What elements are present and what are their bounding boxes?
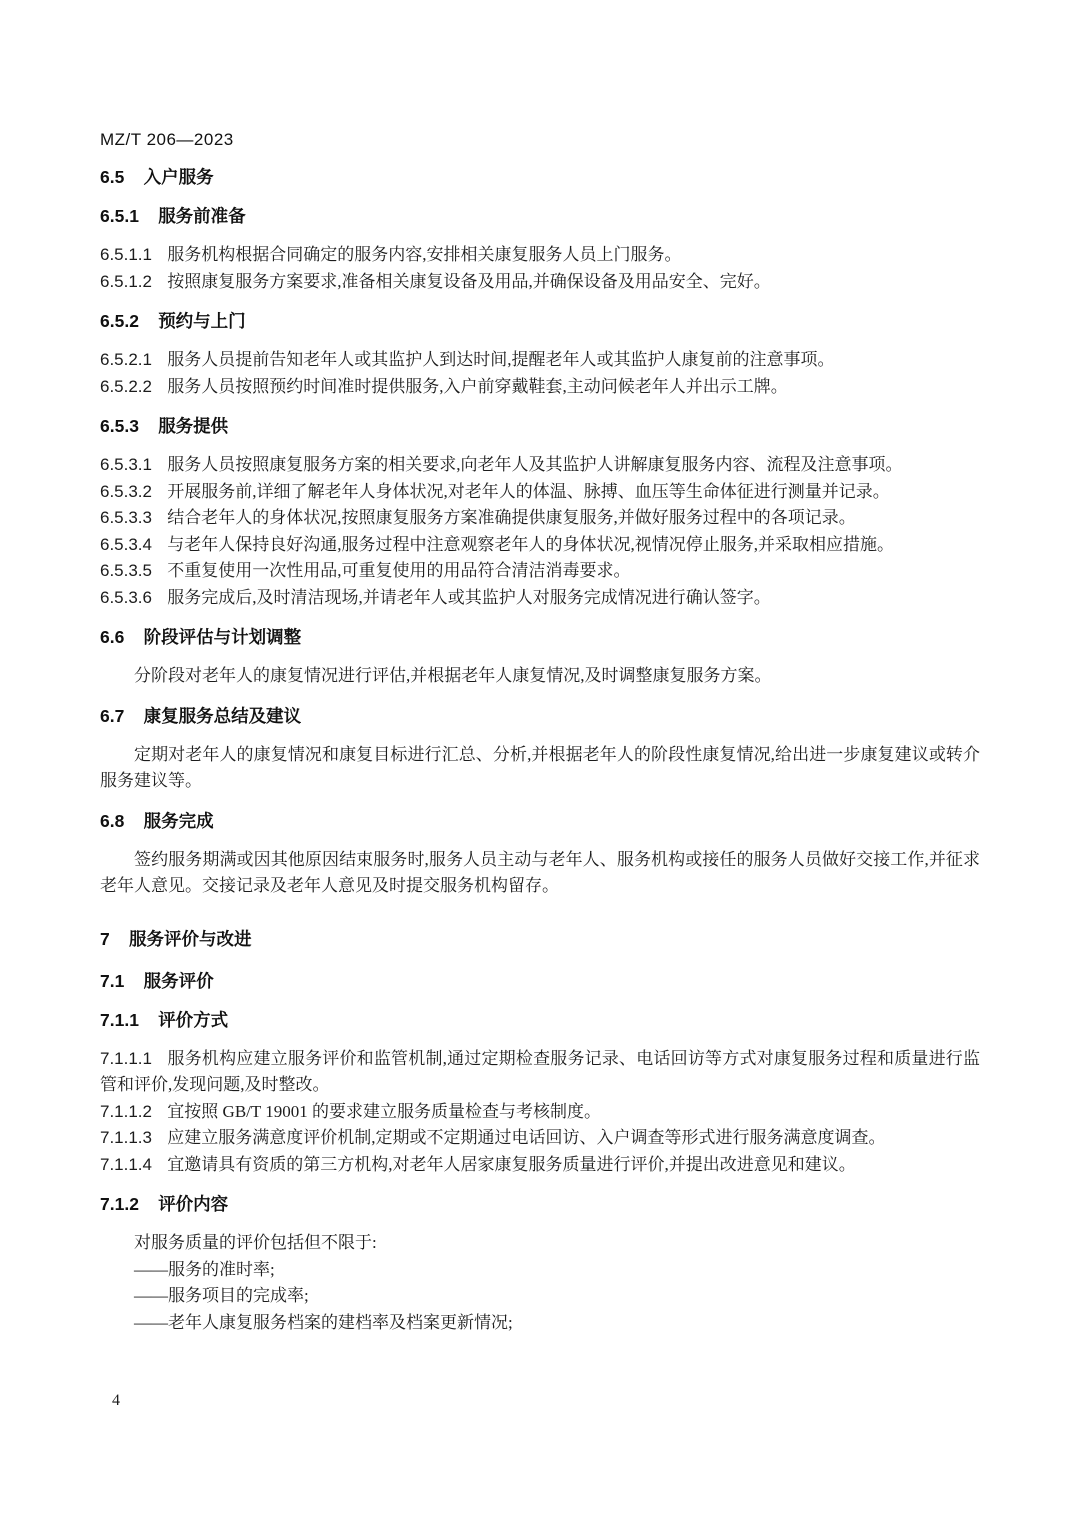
- clause-number: 6.5.2.1: [100, 350, 152, 369]
- clause-paragraph: 6.5.3.6服务完成后,及时清洁现场,并请老年人或其监护人对服务完成情况进行确…: [100, 585, 980, 612]
- section-heading: 6.5.3服务提供: [100, 413, 980, 439]
- section-title: 服务前准备: [158, 206, 246, 226]
- clause-text: 宜按照 GB/T 19001 的要求建立服务质量检查与考核制度。: [167, 1102, 601, 1121]
- section-number: 6.5.3: [100, 416, 139, 436]
- section-heading: 6.7康复服务总结及建议: [100, 703, 980, 729]
- body-paragraph: 签约服务期满或因其他原因结束服务时,服务人员主动与老年人、服务机构或接任的服务人…: [100, 847, 980, 900]
- clause-paragraph: 6.5.3.2开展服务前,详细了解老年人身体状况,对老年人的体温、脉搏、血压等生…: [100, 479, 980, 506]
- dash-list-item: ——老年人康复服务档案的建档率及档案更新情况;: [100, 1310, 980, 1337]
- section-number: 6.5: [100, 167, 124, 187]
- clause-text: 服务机构应建立服务评价和监管机制,通过定期检查服务记录、电话回访等方式对康复服务…: [100, 1049, 980, 1095]
- clause-number: 6.5.1.2: [100, 272, 152, 291]
- clause-paragraph: 6.5.1.2按照康复服务方案要求,准备相关康复设备及用品,并确保设备及用品安全…: [100, 269, 980, 296]
- document-content: 6.5入户服务6.5.1服务前准备6.5.1.1服务机构根据合同确定的服务内容,…: [100, 164, 980, 1336]
- section-heading: 6.5.1服务前准备: [100, 203, 980, 229]
- body-paragraph: 分阶段对老年人的康复情况进行评估,并根据老年人康复情况,及时调整康复服务方案。: [100, 663, 980, 690]
- section-heading: 6.6阶段评估与计划调整: [100, 624, 980, 650]
- section-title: 服务完成: [144, 811, 214, 831]
- section-title: 康复服务总结及建议: [144, 706, 302, 726]
- section-title: 评价方式: [158, 1010, 228, 1030]
- dash-list-item: ——服务项目的完成率;: [100, 1283, 980, 1310]
- clause-text: 结合老年人的身体状况,按照康复服务方案准确提供康复服务,并做好服务过程中的各项记…: [167, 508, 856, 527]
- clause-number: 6.5.3.1: [100, 455, 152, 474]
- clause-text: 按照康复服务方案要求,准备相关康复设备及用品,并确保设备及用品安全、完好。: [167, 272, 771, 291]
- section-number: 6.7: [100, 706, 124, 726]
- section-heading: 7.1服务评价: [100, 968, 980, 994]
- section-number: 6.8: [100, 811, 124, 831]
- clause-paragraph: 6.5.3.1服务人员按照康复服务方案的相关要求,向老年人及其监护人讲解康复服务…: [100, 452, 980, 479]
- section-number: 7.1.1: [100, 1010, 139, 1030]
- section-heading: 6.5入户服务: [100, 164, 980, 190]
- clause-number: 6.5.3.5: [100, 561, 152, 580]
- clause-paragraph: 6.5.3.3结合老年人的身体状况,按照康复服务方案准确提供康复服务,并做好服务…: [100, 505, 980, 532]
- clause-text: 与老年人保持良好沟通,服务过程中注意观察老年人的身体状况,视情况停止服务,并采取…: [167, 535, 894, 554]
- clause-text: 服务人员按照康复服务方案的相关要求,向老年人及其监护人讲解康复服务内容、流程及注…: [167, 455, 902, 474]
- document-page: MZ/T 206—2023 6.5入户服务6.5.1服务前准备6.5.1.1服务…: [0, 0, 1080, 1527]
- clause-paragraph: 7.1.1.4宜邀请具有资质的第三方机构,对老年人居家康复服务质量进行评价,并提…: [100, 1152, 980, 1179]
- section-number: 6.5.2: [100, 311, 139, 331]
- section-title: 服务评价与改进: [129, 929, 252, 949]
- clause-paragraph: 6.5.2.2服务人员按照预约时间准时提供服务,入户前穿戴鞋套,主动问候老年人并…: [100, 374, 980, 401]
- section-number: 6.6: [100, 627, 124, 647]
- dash-list-item: ——服务的准时率;: [100, 1257, 980, 1284]
- clause-text: 服务机构根据合同确定的服务内容,安排相关康复服务人员上门服务。: [167, 245, 681, 264]
- section-heading: 7.1.1评价方式: [100, 1007, 980, 1033]
- clause-text: 不重复使用一次性用品,可重复使用的用品符合清洁消毒要求。: [167, 561, 630, 580]
- body-paragraph: 定期对老年人的康复情况和康复目标进行汇总、分析,并根据老年人的阶段性康复情况,给…: [100, 742, 980, 795]
- clause-paragraph: 6.5.3.5不重复使用一次性用品,可重复使用的用品符合清洁消毒要求。: [100, 558, 980, 585]
- clause-number: 6.5.1.1: [100, 245, 152, 264]
- clause-number: 6.5.2.2: [100, 377, 152, 396]
- clause-number: 6.5.3.2: [100, 482, 152, 501]
- body-paragraph: 对服务质量的评价包括但不限于:: [100, 1230, 980, 1257]
- clause-number: 7.1.1.2: [100, 1102, 152, 1121]
- clause-number: 6.5.3.6: [100, 588, 152, 607]
- clause-paragraph: 6.5.2.1服务人员提前告知老年人或其监护人到达时间,提醒老年人或其监护人康复…: [100, 347, 980, 374]
- clause-paragraph: 7.1.1.1服务机构应建立服务评价和监管机制,通过定期检查服务记录、电话回访等…: [100, 1046, 980, 1099]
- clause-paragraph: 6.5.3.4与老年人保持良好沟通,服务过程中注意观察老年人的身体状况,视情况停…: [100, 532, 980, 559]
- section-title: 入户服务: [144, 167, 214, 187]
- section-number: 7.1.2: [100, 1194, 139, 1214]
- section-heading: 6.8服务完成: [100, 808, 980, 834]
- clause-text: 服务人员提前告知老年人或其监护人到达时间,提醒老年人或其监护人康复前的注意事项。: [167, 350, 834, 369]
- section-heading: 7服务评价与改进: [100, 926, 980, 952]
- section-heading: 6.5.2预约与上门: [100, 308, 980, 334]
- clause-paragraph: 7.1.1.3应建立服务满意度评价机制,定期或不定期通过电话回访、入户调查等形式…: [100, 1125, 980, 1152]
- page-number: 4: [112, 1392, 120, 1410]
- section-number: 7: [100, 929, 110, 949]
- section-title: 服务评价: [144, 971, 214, 991]
- section-title: 评价内容: [158, 1194, 228, 1214]
- clause-number: 7.1.1.1: [100, 1049, 152, 1068]
- clause-number: 6.5.3.3: [100, 508, 152, 527]
- section-title: 服务提供: [158, 416, 228, 436]
- clause-paragraph: 6.5.1.1服务机构根据合同确定的服务内容,安排相关康复服务人员上门服务。: [100, 242, 980, 269]
- clause-text: 宜邀请具有资质的第三方机构,对老年人居家康复服务质量进行评价,并提出改进意见和建…: [167, 1155, 856, 1174]
- section-title: 预约与上门: [158, 311, 246, 331]
- standard-number-header: MZ/T 206—2023: [100, 130, 980, 150]
- clause-text: 开展服务前,详细了解老年人身体状况,对老年人的体温、脉搏、血压等生命体征进行测量…: [167, 482, 890, 501]
- section-title: 阶段评估与计划调整: [144, 627, 302, 647]
- section-heading: 7.1.2评价内容: [100, 1191, 980, 1217]
- clause-number: 7.1.1.3: [100, 1128, 152, 1147]
- section-number: 6.5.1: [100, 206, 139, 226]
- section-number: 7.1: [100, 971, 124, 991]
- clause-text: 服务完成后,及时清洁现场,并请老年人或其监护人对服务完成情况进行确认签字。: [167, 588, 771, 607]
- clause-paragraph: 7.1.1.2宜按照 GB/T 19001 的要求建立服务质量检查与考核制度。: [100, 1099, 980, 1126]
- clause-number: 7.1.1.4: [100, 1155, 152, 1174]
- clause-text: 应建立服务满意度评价机制,定期或不定期通过电话回访、入户调查等形式进行服务满意度…: [167, 1128, 885, 1147]
- clause-text: 服务人员按照预约时间准时提供服务,入户前穿戴鞋套,主动问候老年人并出示工牌。: [167, 377, 788, 396]
- clause-number: 6.5.3.4: [100, 535, 152, 554]
